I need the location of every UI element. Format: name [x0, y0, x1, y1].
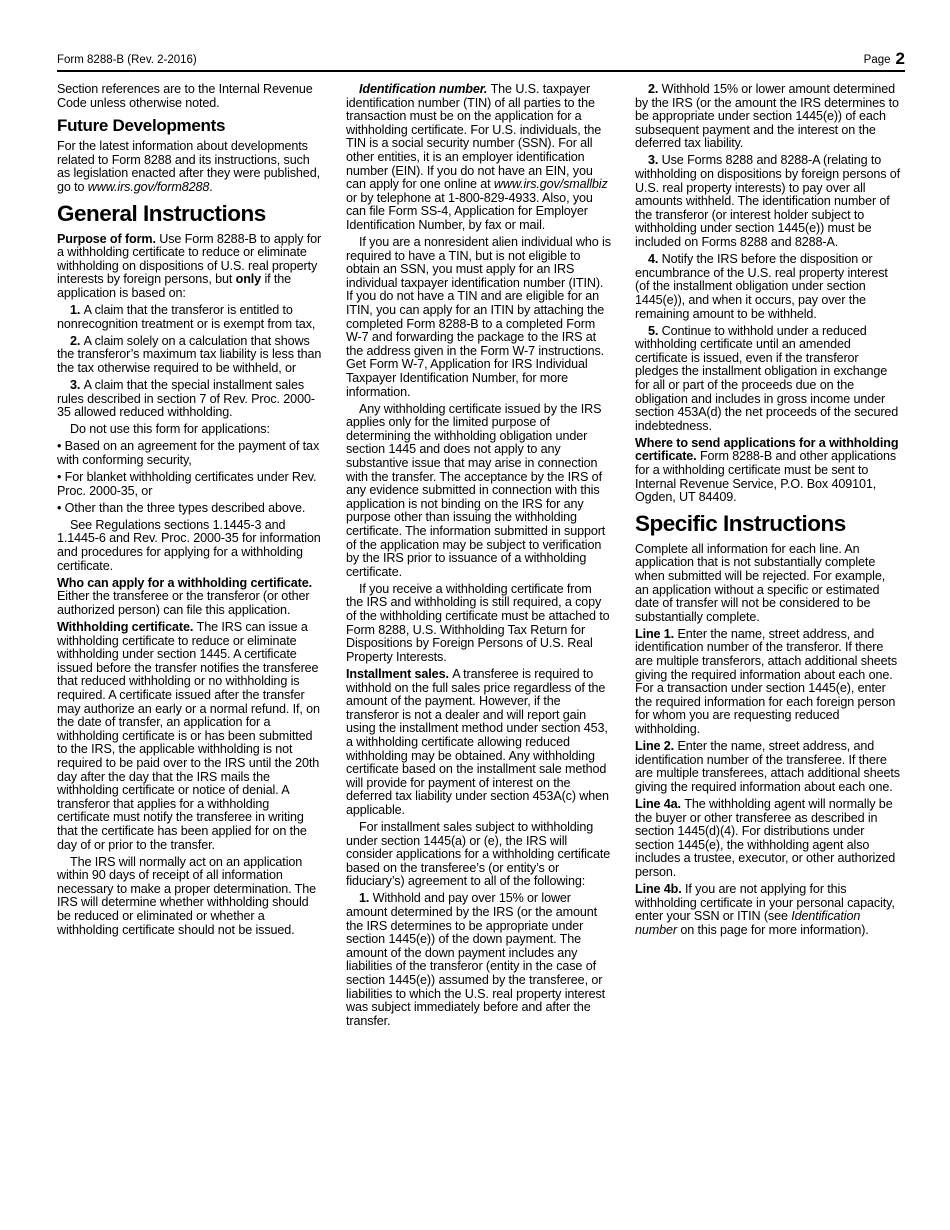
paragraph: Identification number. The U.S. taxpayer…: [346, 83, 612, 233]
paragraph: 3. A claim that the special installment …: [57, 379, 323, 420]
paragraph: 4. Notify the IRS before the disposition…: [635, 253, 901, 321]
paragraph: Withholding certificate. The IRS can iss…: [57, 621, 323, 852]
column-3: 2. Withhold 15% or lower amount determin…: [635, 83, 901, 1032]
specific-instructions-heading: Specific Instructions: [635, 512, 901, 536]
paragraph: Installment sales. A transferee is requi…: [346, 668, 612, 818]
general-instructions-heading: General Instructions: [57, 202, 323, 226]
paragraph: 1. A claim that the transferor is entitl…: [57, 304, 323, 331]
paragraph: Line 2. Enter the name, street address, …: [635, 740, 901, 794]
future-developments-heading: Future Developments: [57, 116, 323, 135]
document-page: Form 8288-B (Rev. 2-2016) Page 2 Section…: [0, 0, 950, 1230]
paragraph: For the latest information about develop…: [57, 140, 323, 194]
paragraph: Line 1. Enter the name, street address, …: [635, 628, 901, 737]
paragraph: Line 4a. The withholding agent will norm…: [635, 798, 901, 880]
header-rule: [57, 70, 905, 72]
paragraph: If you receive a withholding certificate…: [346, 583, 612, 665]
paragraph: 5. Continue to withhold under a reduced …: [635, 325, 901, 434]
paragraph: 2. Withhold 15% or lower amount determin…: [635, 83, 901, 151]
column-1: Section references are to the Internal R…: [57, 83, 323, 1032]
paragraph: • Based on an agreement for the payment …: [57, 440, 323, 467]
page-number-group: Page 2: [864, 52, 905, 66]
paragraph: Who can apply for a withholding certific…: [57, 577, 323, 618]
columns-container: Section references are to the Internal R…: [57, 83, 905, 1032]
column-2: Identification number. The U.S. taxpayer…: [346, 83, 612, 1032]
paragraph: If you are a nonresident alien individua…: [346, 236, 612, 399]
paragraph: 2. A claim solely on a calculation that …: [57, 335, 323, 376]
paragraph: Where to send applications for a withhol…: [635, 437, 901, 505]
paragraph: • Other than the three types described a…: [57, 502, 323, 516]
paragraph: 1. Withhold and pay over 15% or lower am…: [346, 892, 612, 1028]
paragraph: Do not use this form for applications:: [57, 423, 323, 437]
paragraph: Any withholding certificate issued by th…: [346, 403, 612, 580]
paragraph: See Regulations sections 1.1445-3 and 1.…: [57, 519, 323, 573]
paragraph: Purpose of form. Use Form 8288-B to appl…: [57, 233, 323, 301]
page-label: Page: [864, 54, 891, 66]
paragraph: Section references are to the Internal R…: [57, 83, 323, 110]
paragraph: 3. Use Forms 8288 and 8288-A (relating t…: [635, 154, 901, 249]
paragraph: The IRS will normally act on an applicat…: [57, 856, 323, 938]
page-number: 2: [896, 52, 905, 66]
paragraph: Line 4b. If you are not applying for thi…: [635, 883, 901, 937]
paragraph: • For blanket withholding certificates u…: [57, 471, 323, 498]
form-id: Form 8288-B (Rev. 2-2016): [57, 54, 197, 66]
page-header: Form 8288-B (Rev. 2-2016) Page 2: [57, 52, 905, 66]
paragraph: For installment sales subject to withhol…: [346, 821, 612, 889]
paragraph: Complete all information for each line. …: [635, 543, 901, 625]
